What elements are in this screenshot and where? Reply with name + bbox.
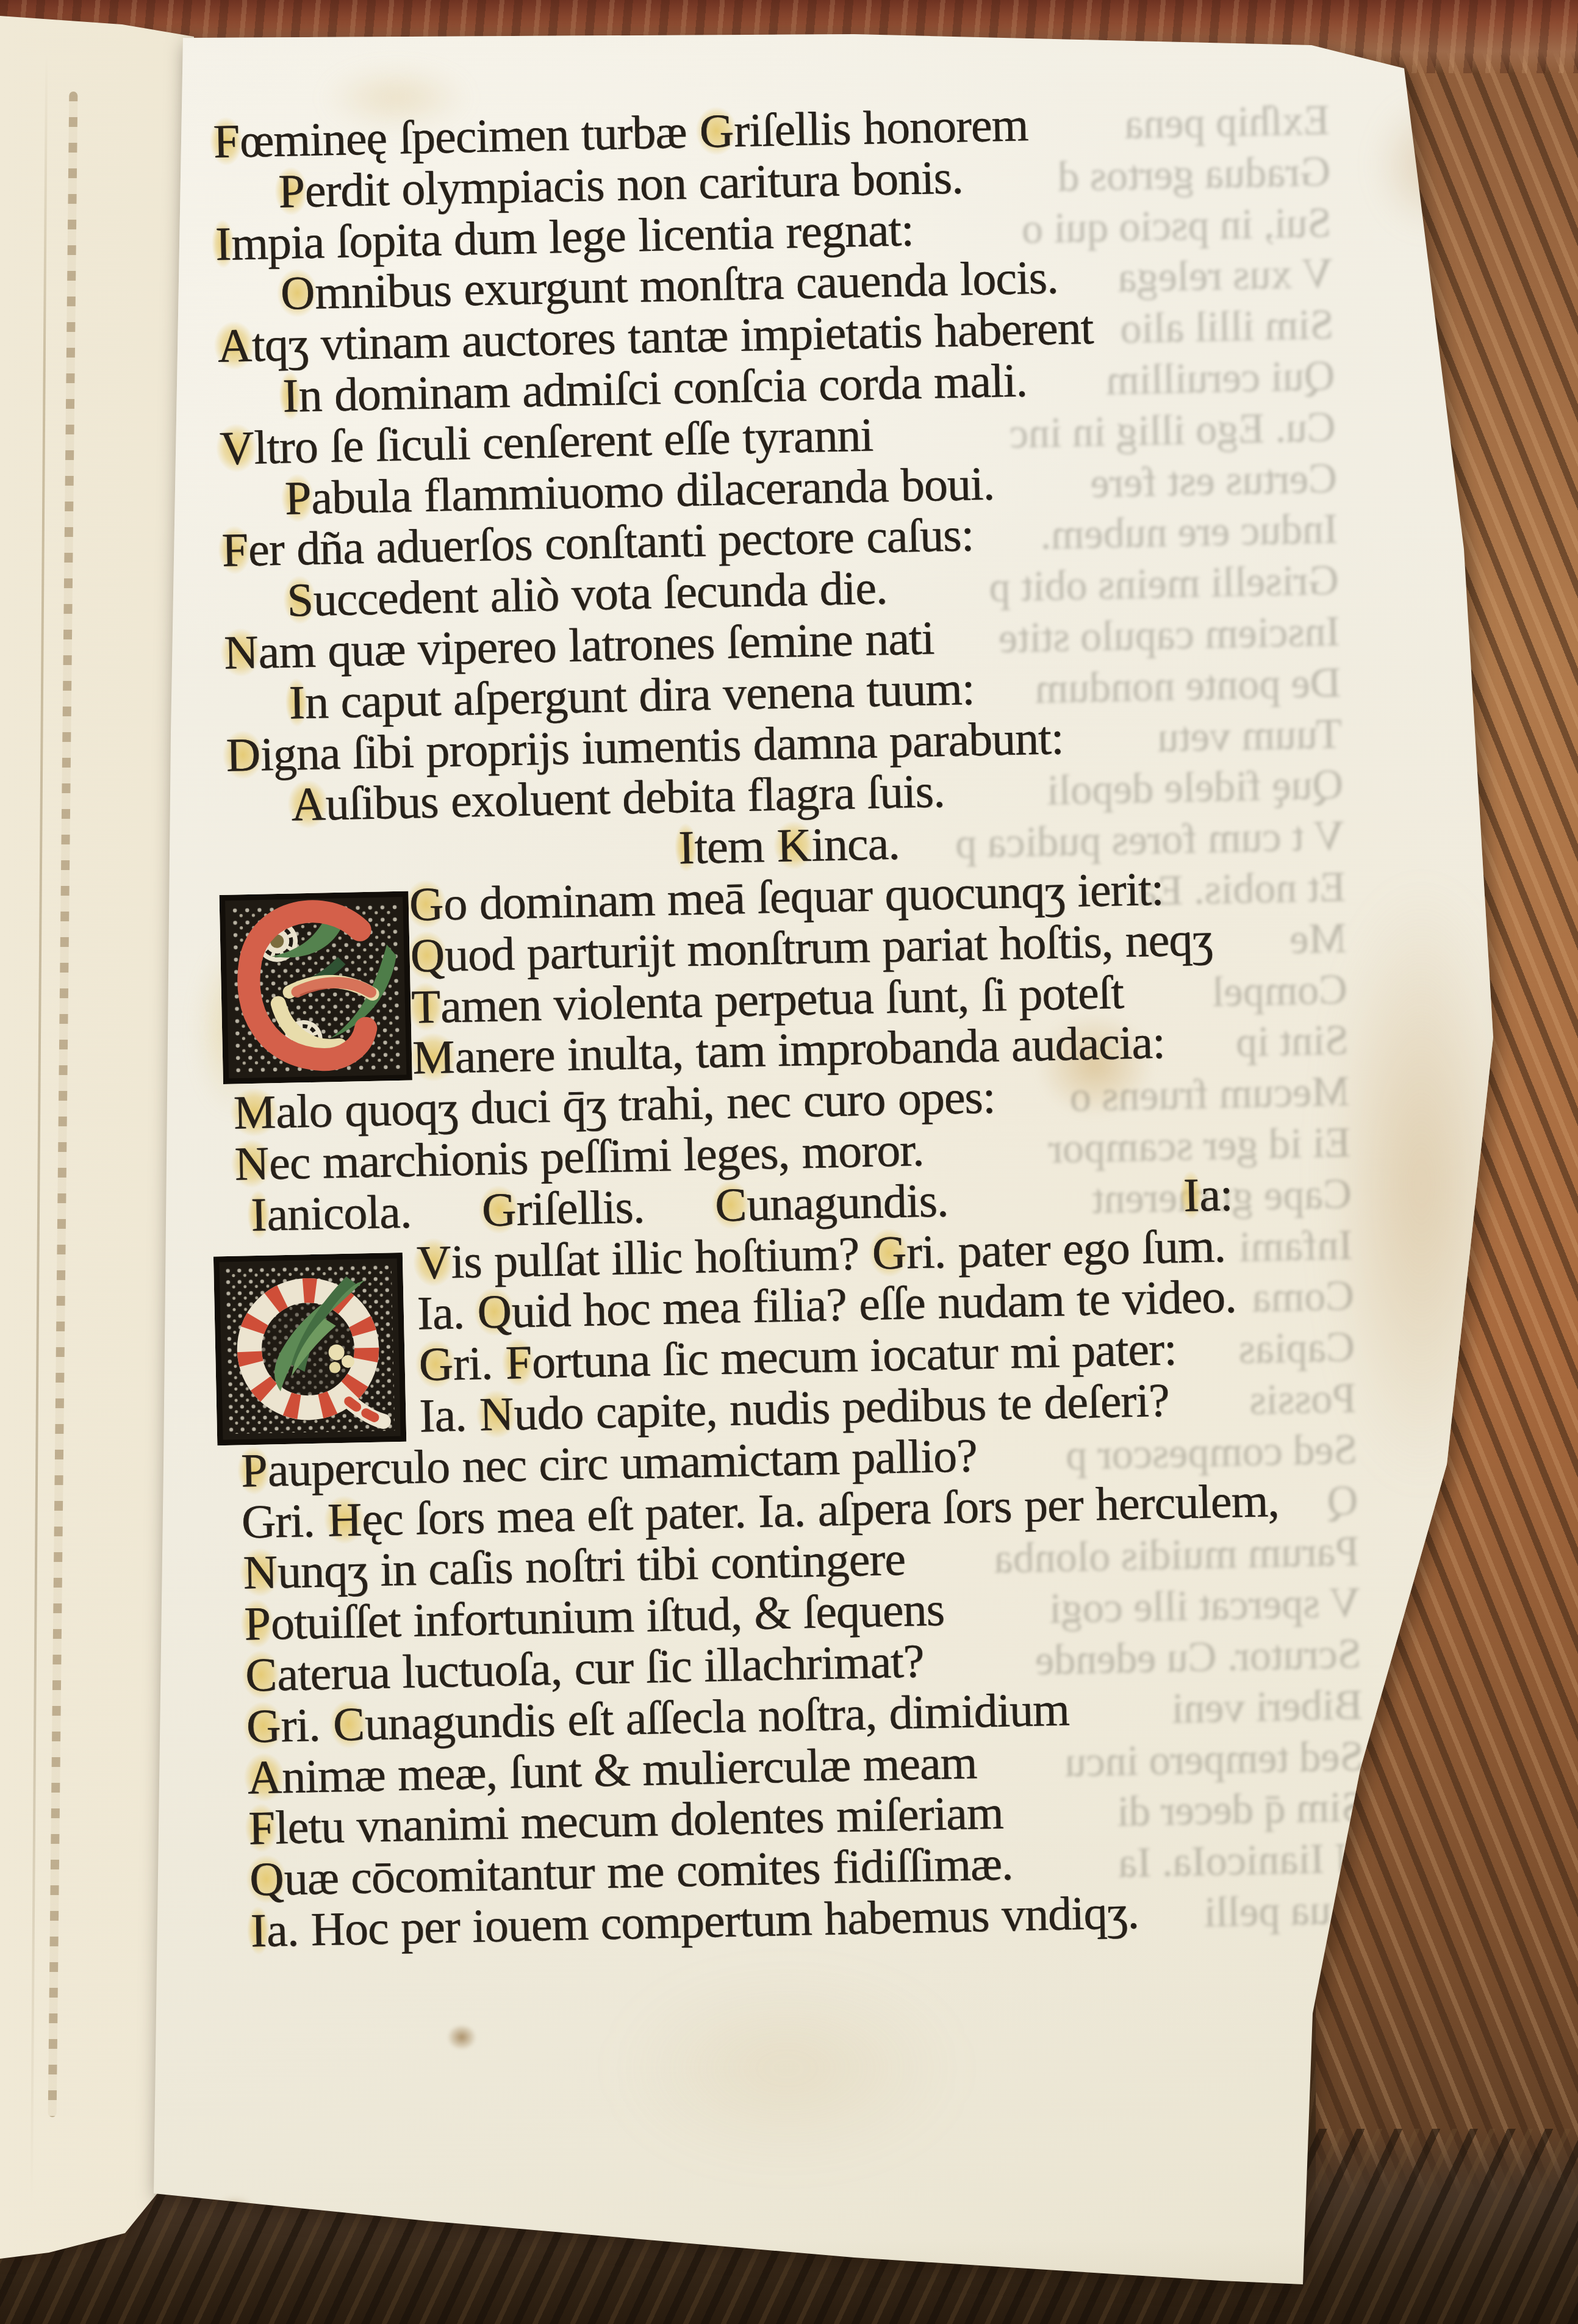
showthrough-ghost-line: Sim q̄ decer di: [1116, 1786, 1365, 1833]
yellow-washed-capital: P: [240, 1599, 274, 1649]
showthrough-ghost-line: Qui ceruillim: [1105, 355, 1335, 403]
yellow-washed-capital: I: [1179, 1170, 1203, 1220]
yellow-washed-capital: Q: [473, 1287, 515, 1336]
yellow-washed-capital: M: [408, 1032, 458, 1082]
showthrough-ghost-line: Parum muidis olonba: [994, 1531, 1360, 1581]
stain: [1375, 98, 1479, 232]
showthrough-ghost-line: Mecum fruens o: [1069, 1071, 1350, 1120]
showthrough-ghost-line: Certus est fere: [1090, 457, 1338, 505]
yellow-washed-capital: N: [231, 1139, 273, 1188]
showthrough-ghost-line: T ua pelli: [1203, 1888, 1367, 1935]
yellow-washed-capital: C: [241, 1650, 281, 1699]
showthrough-ghost-line: Insciem capulo stite: [998, 610, 1340, 660]
yellow-washed-capital: V: [215, 423, 257, 472]
decorated-initial-Q-woodcut: Q: [213, 1253, 406, 1445]
yellow-washed-capital: G: [242, 1701, 284, 1750]
yellow-washed-capital: M: [229, 1087, 279, 1137]
showthrough-ghost-line: V spercat ille cogi: [1049, 1581, 1361, 1631]
yellow-washed-capital: A: [213, 321, 256, 370]
showthrough-ghost-line: Exſhip pena: [1124, 99, 1330, 146]
yellow-washed-capital: I: [246, 1906, 270, 1955]
showthrough-ghost-line: Biberi veni: [1171, 1684, 1363, 1731]
book-page: Exſhip penaGradua gertos dSui, in pscio …: [0, 0, 1578, 2324]
yellow-washed-capital: C: [711, 1180, 750, 1229]
showthrough-ghost-line: Sim illil alio: [1120, 304, 1334, 351]
yellow-washed-capital: F: [218, 525, 252, 575]
showthrough-ghost-line: Sed tempero incu: [1064, 1735, 1364, 1784]
yellow-washed-capital: V: [412, 1237, 454, 1287]
showthrough-ghost-line: Coma: [1252, 1275, 1355, 1320]
yellow-washed-capital: Q: [245, 1854, 287, 1904]
yellow-washed-capital: I: [285, 678, 309, 727]
yellow-washed-capital: G: [478, 1185, 520, 1234]
yellow-washed-capital: D: [222, 730, 264, 779]
showthrough-ghost-line: Induc ere nubem.: [1040, 508, 1338, 557]
yellow-washed-capital: I: [211, 219, 235, 268]
showthrough-ghost-line: Cu. Ego illig in inc: [1009, 406, 1336, 455]
yellow-washed-capital: P: [237, 1445, 271, 1495]
showthrough-ghost-line: Infami: [1239, 1224, 1354, 1269]
text-block: Exſhip penaGradua gertos dSui, in pscio …: [183, 12, 1389, 2293]
showthrough-ghost-line: Me: [1289, 917, 1347, 961]
yellow-washed-capital: N: [220, 628, 262, 677]
yellow-washed-capital: C: [329, 1699, 368, 1749]
showthrough-ghost-line: Scrutor. Cu edende: [1035, 1633, 1362, 1682]
yellow-washed-capital: G: [695, 106, 737, 156]
yellow-washed-capital: H: [323, 1495, 365, 1544]
showthrough-ghost-line: Sed compescor p: [1065, 1428, 1358, 1477]
text-layer: Fœmineę ſpecimen turbæ Griſellis honorem…: [183, 12, 1342, 37]
yellow-washed-capital: T: [407, 982, 444, 1031]
yellow-washed-capital: P: [274, 167, 309, 216]
showthrough-ghost-line: Ei id ger scampor: [1048, 1121, 1351, 1170]
yellow-washed-capital: F: [501, 1338, 536, 1387]
yellow-washed-capital: I: [247, 1190, 271, 1239]
showthrough-ghost-line: Possis: [1249, 1377, 1357, 1422]
yellow-washed-capital: Q: [406, 930, 448, 980]
yellow-washed-capital: G: [405, 879, 447, 929]
yellow-washed-capital: O: [276, 268, 318, 318]
showthrough-ghost-line: Compel: [1212, 968, 1348, 1014]
decorated-initial-E-woodcut: E: [219, 891, 412, 1084]
showthrough-ghost-line: Sint ip: [1235, 1020, 1349, 1065]
yellow-washed-capital: F: [209, 117, 243, 166]
showthrough-ghost-line: Q: [1327, 1480, 1358, 1523]
showthrough-ghost-line: Gradua gertos d: [1057, 150, 1330, 198]
yellow-washed-capital: A: [287, 780, 329, 829]
yellow-washed-capital: I: [675, 823, 698, 872]
yellow-washed-capital: N: [239, 1548, 281, 1597]
showthrough-ghost-line: Quę fidele depoli: [1047, 764, 1344, 813]
yellow-washed-capital: G: [415, 1339, 457, 1389]
yellow-washed-capital: F: [245, 1804, 279, 1853]
showthrough-ghost-line: Sui, in pscio qui o: [1022, 201, 1332, 251]
yellow-washed-capital: P: [281, 473, 315, 522]
showthrough-layer: Exſhip penaGradua gertos dSui, in pscio …: [183, 12, 1342, 37]
yellow-washed-capital: A: [243, 1752, 285, 1802]
photographed-book-scene: Exſhip penaGradua gertos dSui, in pscio …: [0, 0, 1578, 2324]
yellow-washed-capital: G: [868, 1228, 910, 1277]
yellow-washed-capital: K: [773, 821, 815, 870]
yellow-washed-capital: N: [475, 1389, 517, 1439]
showthrough-ghost-line: Et nobis. Ea: [1138, 866, 1346, 913]
showthrough-ghost-line: De ponte nondum: [1035, 661, 1341, 710]
showthrough-ghost-line: Capias: [1238, 1326, 1355, 1371]
showthrough-ghost-line: V xus relega: [1117, 253, 1333, 300]
yellow-washed-capital: I: [279, 371, 303, 420]
showthrough-ghost-line: Tuum vetu: [1157, 713, 1343, 759]
showthrough-ghost-line: N IianicoIa. Ia: [1117, 1837, 1366, 1885]
showthrough-ghost-line: Griselli meins obit p: [989, 559, 1340, 610]
page-wrapper: Exſhip penaGradua gertos dSui, in pscio …: [0, 0, 1578, 2324]
yellow-washed-capital: S: [283, 575, 317, 625]
